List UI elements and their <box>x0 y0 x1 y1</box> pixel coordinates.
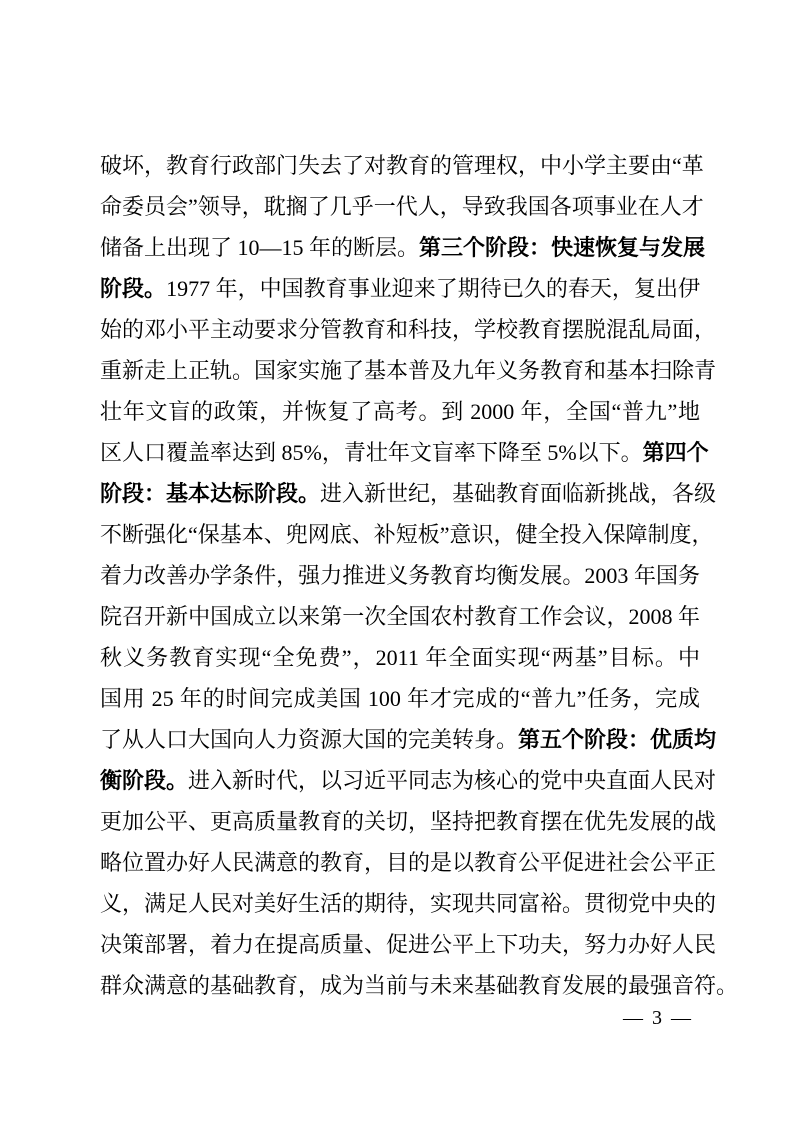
text-line: 不断强化“保基本、兜网底、补短板”意识，健全投入保障制度， <box>100 514 700 555</box>
text-line: 着力改善办学条件，强力推进义务教育均衡发展。2003 年国务 <box>100 555 700 596</box>
text-line: 院召开新中国成立以来第一次全国农村教育工作会议，2008 年 <box>100 596 700 637</box>
body-text: 区人口覆盖率达到 85%，青壮年文盲率下降至 5%以下。 <box>100 440 643 465</box>
text-line: 储备上出现了 10—15 年的断层。第三个阶段：快速恢复与发展 <box>100 227 700 268</box>
text-line: 命委员会”领导，耽搁了几乎一代人，导致我国各项事业在人才 <box>100 186 700 227</box>
body-text: 院召开新中国成立以来第一次全国农村教育工作会议，2008 年 <box>100 604 700 629</box>
body-text: 着力改善办学条件，强力推进义务教育均衡发展。2003 年国务 <box>100 563 700 588</box>
body-text: 略位置办好人民满意的教育，目的是以教育公平促进社会公平正 <box>100 850 716 875</box>
document-page: 破坏，教育行政部门失去了对教育的管理权，中小学主要由“革命委员会”领导，耽搁了几… <box>0 0 793 1122</box>
body-text: 秋义务教育实现“全免费”，2011 年全面实现“两基”目标。中 <box>100 645 700 670</box>
text-line: 群众满意的基础教育，成为当前与未来基础教育发展的最强音符。 <box>100 965 700 1006</box>
body-text: 决策部署，着力在提高质量、促进公平上下功夫，努力办好人民 <box>100 932 716 957</box>
text-line: 衡阶段。进入新时代，以习近平同志为核心的党中央直面人民对 <box>100 760 700 801</box>
body-text: 国用 25 年的时间完成美国 100 年才完成的“普九”任务，完成 <box>100 686 700 711</box>
text-line: 破坏，教育行政部门失去了对教育的管理权，中小学主要由“革 <box>100 145 700 186</box>
text-line: 始的邓小平主动要求分管教育和科技，学校教育摆脱混乱局面， <box>100 309 700 350</box>
body-text: 不断强化“保基本、兜网底、补短板”意识，健全投入保障制度， <box>100 522 714 547</box>
body-text: 了从人口大国向人力资源大国的完美转身。 <box>100 727 518 752</box>
text-line: 阶段：基本达标阶段。进入新世纪，基础教育面临新挑战，各级 <box>100 473 700 514</box>
body-text: 义，满足人民对美好生活的期待，实现共同富裕。贯彻党中央的 <box>100 891 716 916</box>
body-text: 1977 年，中国教育事业迎来了期待已久的春天，复出伊 <box>166 276 700 301</box>
body-text: 命委员会”领导，耽搁了几乎一代人，导致我国各项事业在人才 <box>100 194 704 219</box>
emphasis-text: 第五个阶段：优质均 <box>518 727 716 752</box>
text-line: 义，满足人民对美好生活的期待，实现共同富裕。贯彻党中央的 <box>100 883 700 924</box>
text-line: 壮年文盲的政策，并恢复了高考。到 2000 年，全国“普九”地 <box>100 391 700 432</box>
text-line: 区人口覆盖率达到 85%，青壮年文盲率下降至 5%以下。第四个 <box>100 432 700 473</box>
emphasis-text: 第四个 <box>643 440 709 465</box>
text-line: 阶段。1977 年，中国教育事业迎来了期待已久的春天，复出伊 <box>100 268 700 309</box>
text-line: 国用 25 年的时间完成美国 100 年才完成的“普九”任务，完成 <box>100 678 700 719</box>
body-text: 始的邓小平主动要求分管教育和科技，学校教育摆脱混乱局面， <box>100 317 716 342</box>
document-text-block: 破坏，教育行政部门失去了对教育的管理权，中小学主要由“革命委员会”领导，耽搁了几… <box>100 145 700 1006</box>
text-line: 略位置办好人民满意的教育，目的是以教育公平促进社会公平正 <box>100 842 700 883</box>
emphasis-text: 阶段：基本达标阶段。 <box>100 481 320 506</box>
text-line: 决策部署，着力在提高质量、促进公平上下功夫，努力办好人民 <box>100 924 700 965</box>
emphasis-text: 衡阶段。 <box>100 768 188 793</box>
text-line: 重新走上正轨。国家实施了基本普及九年义务教育和基本扫除青 <box>100 350 700 391</box>
body-text: 更加公平、更高质量教育的关切，坚持把教育摆在优先发展的战 <box>100 809 716 834</box>
text-line: 更加公平、更高质量教育的关切，坚持把教育摆在优先发展的战 <box>100 801 700 842</box>
text-line: 秋义务教育实现“全免费”，2011 年全面实现“两基”目标。中 <box>100 637 700 678</box>
body-text: 进入新时代，以习近平同志为核心的党中央直面人民对 <box>188 768 716 793</box>
body-text: 群众满意的基础教育，成为当前与未来基础教育发展的最强音符。 <box>100 973 738 998</box>
emphasis-text: 阶段。 <box>100 276 166 301</box>
body-text: 破坏，教育行政部门失去了对教育的管理权，中小学主要由“革 <box>100 153 704 178</box>
body-text: 储备上出现了 10—15 年的断层。 <box>100 235 419 260</box>
body-text: 进入新世纪，基础教育面临新挑战，各级 <box>320 481 716 506</box>
emphasis-text: 第三个阶段：快速恢复与发展 <box>419 235 705 260</box>
body-text: 重新走上正轨。国家实施了基本普及九年义务教育和基本扫除青 <box>100 358 716 383</box>
text-line: 了从人口大国向人力资源大国的完美转身。第五个阶段：优质均 <box>100 719 700 760</box>
body-text: 壮年文盲的政策，并恢复了高考。到 2000 年，全国“普九”地 <box>100 399 700 424</box>
page-number: — 3 — <box>623 1004 693 1032</box>
